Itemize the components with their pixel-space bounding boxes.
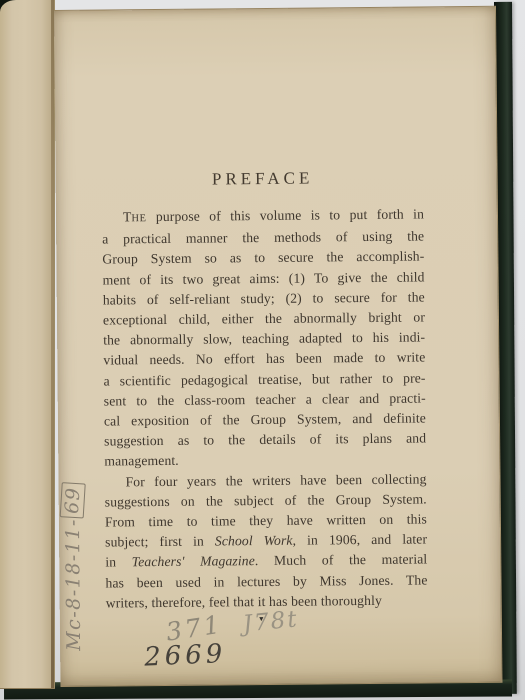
spine-handwritten-note: Mc-8-18-11-69 — [60, 397, 86, 651]
text-line: For four years the writers have been col… — [104, 469, 426, 492]
text-line: ment of its two great aims: (1) To give … — [102, 267, 424, 290]
spine-note-boxed-number: 69 — [60, 482, 86, 519]
text-line: suggestion as to the details of its plan… — [104, 429, 426, 452]
page-heading: PREFACE — [102, 167, 424, 190]
printed-text-block: PREFACE THE purpose of this volume is to… — [102, 167, 428, 624]
paragraph: THE purpose of this volume is to put for… — [102, 204, 427, 472]
book-photo: PREFACE THE purpose of this volume is to… — [0, 0, 525, 700]
text-line: a scientific pedagogical treatise, but r… — [103, 368, 425, 391]
gutter-crease — [51, 0, 54, 688]
text-line: vidual needs. No effort has been made to… — [103, 348, 425, 371]
text-line: THE purpose of this volume is to put for… — [102, 204, 424, 229]
handwritten-accession-number: 2669 — [144, 639, 227, 673]
text-line: Group System so as to secure the accompl… — [102, 247, 424, 270]
preface-page: PREFACE THE purpose of this volume is to… — [54, 6, 502, 687]
facing-page-curl — [0, 0, 55, 689]
paragraph: For four years the writers have been col… — [104, 469, 427, 614]
spine-note-text: Mc-8-18-11- — [62, 518, 85, 651]
handwritten-cutter-number: J78t — [242, 606, 300, 637]
paragraphs: THE purpose of this volume is to put for… — [102, 204, 428, 613]
text-line: in Teachers' Magazine. Much of the mater… — [105, 550, 427, 573]
